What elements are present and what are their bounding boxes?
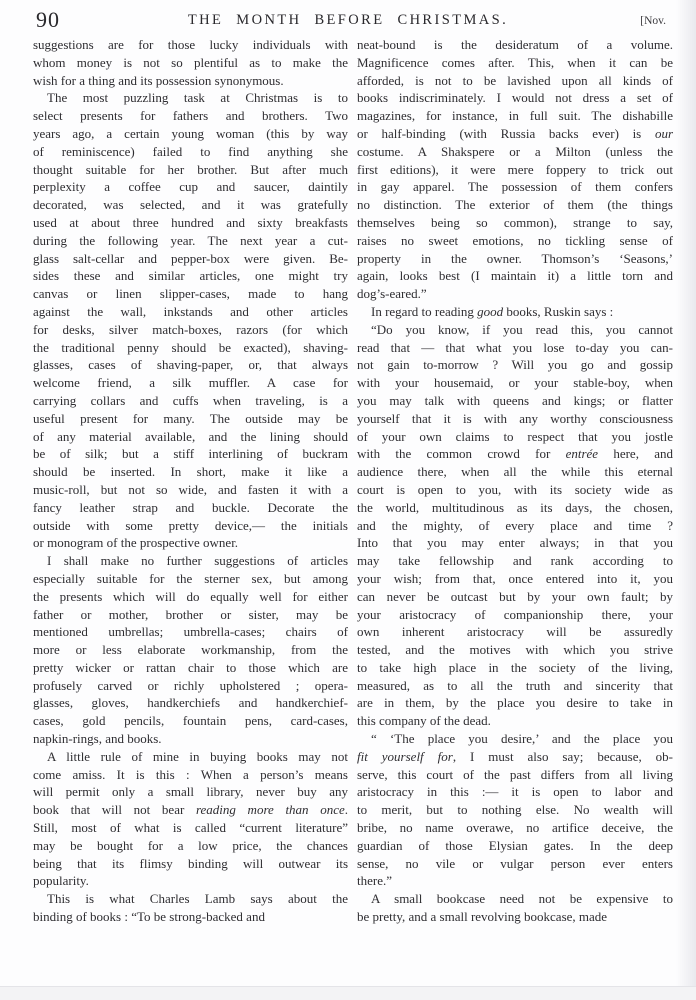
text-line: In regard to reading good books, Ruskin … [357, 303, 673, 321]
text-line: sense, no vile or vulgar person ever ent… [357, 855, 673, 873]
text-line: I shall make no further suggestions of a… [33, 552, 348, 570]
text-line: A small bookcase need not be expensive t… [357, 890, 673, 908]
text-line: you may talk with queens and kings; or f… [357, 392, 673, 410]
text-line: to merit, but to nothing else. No wealth… [357, 801, 673, 819]
text-line: Still, most of what is called “current l… [33, 819, 348, 837]
magazine-page: 90 THE MONTH BEFORE CHRISTMAS. [Nov. sug… [0, 0, 696, 1000]
text-line: book that will not bear reading more tha… [33, 801, 348, 819]
text-line: father or mother, brother or sister, may… [33, 606, 348, 624]
text-line: may be bought for a low price, the chanc… [33, 837, 348, 855]
text-line: guardian of those Elysian gates. In the … [357, 837, 673, 855]
text-line: will permit only a small library, never … [33, 783, 348, 801]
text-line: bribe, no name overawe, no artifice dece… [357, 819, 673, 837]
text-line: welcome friend, a silk muffler. A case f… [33, 374, 348, 392]
text-line: select presents for fathers and brothers… [33, 107, 348, 125]
text-line: with the common crowd for entrée here, a… [357, 445, 673, 463]
text-line: can never be outcast but by your own fau… [357, 588, 673, 606]
text-line: profusely carved or richly upholstered ;… [33, 677, 348, 695]
text-line: aristocracy in this :— it is open to lab… [357, 783, 673, 801]
text-line: neat-bound is the desideratum of a volum… [357, 36, 673, 54]
text-line: of your own claims to respect that you j… [357, 428, 673, 446]
running-title: THE MONTH BEFORE CHRISTMAS. [0, 12, 696, 29]
text-line: first editions), it were mere foppery to… [357, 161, 673, 179]
text-line: pretty wicker or rattan chair to those w… [33, 659, 348, 677]
text-line: being that its flimsy binding will outwe… [33, 855, 348, 873]
text-line: yourself that it is with any worthy cons… [357, 410, 673, 428]
text-line: come amiss. It is this : When a person’s… [33, 766, 348, 784]
text-line: and the mighty, of every place and time … [357, 517, 673, 535]
text-line: The most puzzling task at Christmas is t… [33, 89, 348, 107]
text-line: thought suitable for her brother. But af… [33, 161, 348, 179]
text-line: audience there, when all the while this … [357, 463, 673, 481]
text-line: especially suitable for the sterner sex,… [33, 570, 348, 588]
text-line: of reminiscence) failed to find anything… [33, 143, 348, 161]
text-line: be of silk; but a stiff interlining of b… [33, 445, 348, 463]
text-line: the presents which will do equally well … [33, 588, 348, 606]
text-line: carrying collars and cuffs when travelin… [33, 392, 348, 410]
text-line: or half-binding (with Russia backs ever)… [357, 125, 673, 143]
text-line: more or less elaborate workmanship, from… [33, 641, 348, 659]
text-line: fancy leather strap and buckle. Decorate… [33, 499, 348, 517]
text-line: to take high place in the society of the… [357, 659, 673, 677]
text-line: this company of the dead. [357, 712, 673, 730]
text-line: in gay apparel. The possession of them c… [357, 178, 673, 196]
text-line: own inherent aristocracy will be assured… [357, 623, 673, 641]
text-line: cases, gold pencils, fountain pens, card… [33, 712, 348, 730]
text-line: canvas or linen slipper-cases, made to h… [33, 285, 348, 303]
text-line: be pretty, and a small revolving bookcas… [357, 908, 673, 926]
text-line: afforded, is not to be lavished upon all… [357, 72, 673, 90]
text-line: glasses, cases of shaving-paper, or, tha… [33, 356, 348, 374]
text-line: magazines, for instance, in full suit. T… [357, 107, 673, 125]
text-line: glasses, gloves, handkerchiefs and handk… [33, 694, 348, 712]
left-column: suggestions are for those lucky individu… [33, 36, 348, 926]
text-line: music-roll, but not so wide, and fasten … [33, 481, 348, 499]
text-line: wish for a thing and its possession syno… [33, 72, 348, 90]
text-line: court is open to you, with its society w… [357, 481, 673, 499]
text-line: your aristocracy of companionship there,… [357, 606, 673, 624]
text-line: should be inserted. In short, make it li… [33, 463, 348, 481]
text-line: used at about three hundred and sixty br… [33, 214, 348, 232]
text-line: for desks, silver match-boxes, razors (f… [33, 321, 348, 339]
text-line: Magnificence comes after. This, when it … [357, 54, 673, 72]
text-line: outside with some pretty device,— the in… [33, 517, 348, 535]
text-line: not gain to-morrow ? Will you go and gos… [357, 356, 673, 374]
text-line: Into that you may enter always; in that … [357, 534, 673, 552]
text-line: again, looks best (I maintain it) a litt… [357, 267, 673, 285]
text-line: the world, multitudinous as its days, th… [357, 499, 673, 517]
text-line: books indiscriminately. I would not dres… [357, 89, 673, 107]
text-line: decorated, was selected, and it was grat… [33, 196, 348, 214]
text-line: This is what Charles Lamb says about the [33, 890, 348, 908]
text-line: are in them, by the place you desire to … [357, 694, 673, 712]
text-line: or monogram of the prospective owner. [33, 534, 348, 552]
text-line: “ ‘The place you desire,’ and the place … [357, 730, 673, 748]
two-column-body: suggestions are for those lucky individu… [33, 36, 673, 926]
text-line: serve, this court of the past differs fr… [357, 766, 673, 784]
text-line: useful present for many. The outside may… [33, 410, 348, 428]
text-line: raises no sweet emotions, no tickling se… [357, 232, 673, 250]
text-line: sides these and similar articles, one mi… [33, 267, 348, 285]
text-line: suggestions are for those lucky individu… [33, 36, 348, 54]
text-line: glass salt-cellar and pepper-box were gi… [33, 250, 348, 268]
text-line: mentioned umbrellas; umbrella-cases; cha… [33, 623, 348, 641]
page-header: 90 THE MONTH BEFORE CHRISTMAS. [Nov. [0, 0, 696, 34]
text-line: A little rule of mine in buying books ma… [33, 748, 348, 766]
text-line: binding of books : “To be strong-backed … [33, 908, 348, 926]
text-line: dog’s-eared.” [357, 285, 673, 303]
text-line: perplexity a coffee cup and saucer, dain… [33, 178, 348, 196]
page-bottom-shadow [0, 986, 696, 1000]
text-line: fit yourself for, I must also say; becau… [357, 748, 673, 766]
text-line: no distinction. The exterior of them (th… [357, 196, 673, 214]
text-line: “Do you know, if you read this, you cann… [357, 321, 673, 339]
text-line: your wish; from that, once entered into … [357, 570, 673, 588]
text-line: may take fellowship and rank according t… [357, 552, 673, 570]
text-line: napkin-rings, and books. [33, 730, 348, 748]
text-line: with your housemaid, or your stable-boy,… [357, 374, 673, 392]
text-line: popularity. [33, 872, 348, 890]
issue-label: [Nov. [640, 15, 666, 27]
text-line: years ago, a certain young woman (this b… [33, 125, 348, 143]
text-line: against the wall, inkstands and other ar… [33, 303, 348, 321]
text-line: costume. A Shakspere or a Milton (unless… [357, 143, 673, 161]
right-column: neat-bound is the desideratum of a volum… [357, 36, 673, 926]
page-edge-shadow [676, 0, 696, 988]
text-line: during the following year. The next year… [33, 232, 348, 250]
text-line: tested, and the motives with which you s… [357, 641, 673, 659]
text-line: of any material available, and the linin… [33, 428, 348, 446]
text-line: measured, as to all the truth and sincer… [357, 677, 673, 695]
text-line: the traditional penny should be exacted)… [33, 339, 348, 357]
text-line: read that — that what you lose to-day yo… [357, 339, 673, 357]
text-line: whom money is not so plentiful as to mak… [33, 54, 348, 72]
text-line: there.” [357, 872, 673, 890]
text-line: property in the owner. Thomson’s ‘Season… [357, 250, 673, 268]
text-line: themselves being so common), strange to … [357, 214, 673, 232]
